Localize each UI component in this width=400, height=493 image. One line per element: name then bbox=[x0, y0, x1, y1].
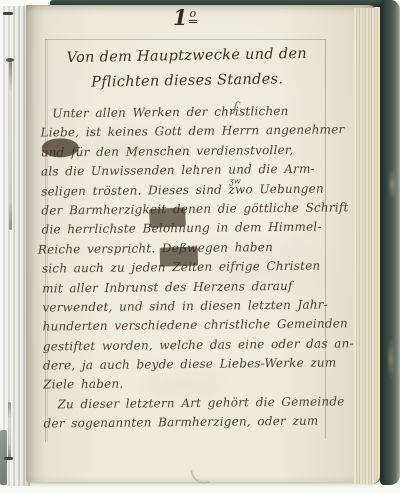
body-line: dere, ja auch beyde diese Liebes-Werke z… bbox=[43, 354, 335, 376]
book-cover-right-edge bbox=[380, 0, 400, 485]
book-photo: 1o Von dem Hauptzwecke und den Pflichten… bbox=[0, 0, 400, 493]
page-number-value: 1 bbox=[173, 5, 189, 30]
stitch-mark-bottom bbox=[4, 457, 13, 460]
binding-thread-lower bbox=[8, 402, 11, 458]
heading-line: Pflichten dieses Standes. bbox=[48, 67, 326, 97]
handwritten-body: Unter allen Werken der christlichen Lieb… bbox=[40, 101, 335, 434]
binding-thread-upper bbox=[9, 62, 12, 230]
body-line: als die Unwissenden lehren und die Arm- bbox=[41, 160, 333, 182]
strikethrough-mark bbox=[160, 247, 199, 267]
body-line: hunderten verschiedene christliche Gemei… bbox=[43, 315, 335, 337]
body-line: die herrlichste Belohnung in dem Himmel- bbox=[42, 218, 334, 240]
page-number-superscript: o bbox=[189, 7, 198, 23]
page-fore-edge-stack bbox=[354, 8, 382, 484]
body-line: der sogenannten Barmherzigen, oder zum bbox=[44, 412, 336, 434]
interline-correction: ʒw bbox=[229, 171, 241, 191]
margin-line-top bbox=[45, 39, 326, 40]
underline-mark bbox=[42, 138, 79, 158]
chapter-heading: Von dem Hauptzwecke und den Pflichten di… bbox=[48, 42, 327, 97]
page-number: 1o bbox=[45, 5, 325, 30]
stitch-mark-middle bbox=[6, 58, 14, 62]
heading-line: Von dem Hauptzwecke und den bbox=[48, 42, 326, 72]
stitch-mark-top bbox=[3, 12, 13, 15]
strikethrough-mark bbox=[149, 207, 186, 228]
